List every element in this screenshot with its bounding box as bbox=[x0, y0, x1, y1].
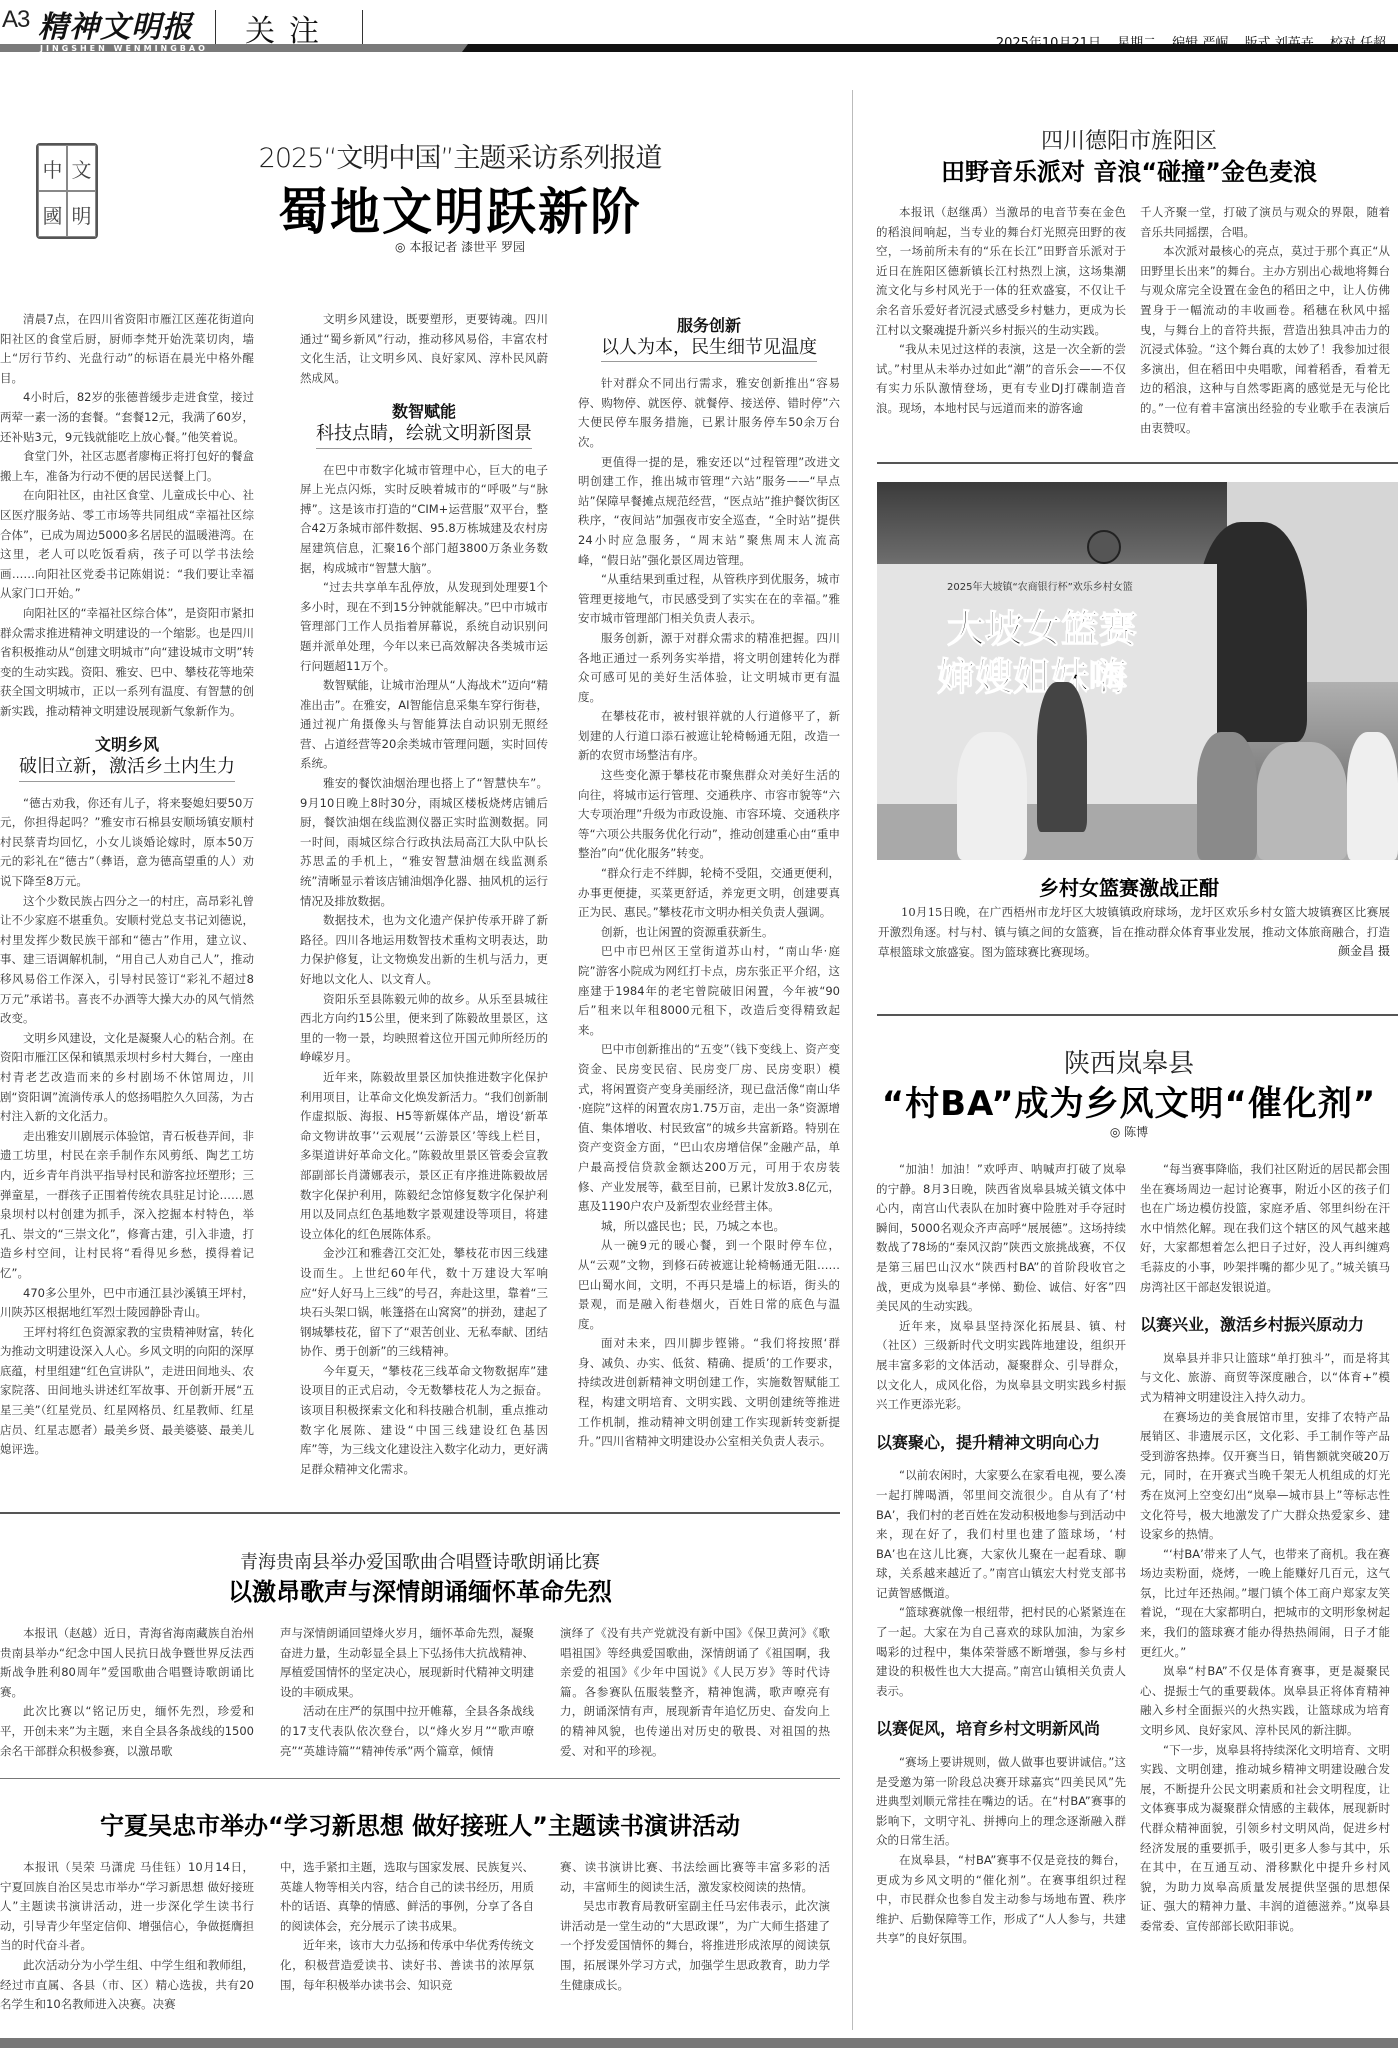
paragraph: 雅安的餐饮油烟治理也搭上了“智慧快车”。9月10日晚上8时30分，雨城区楼板烧烤… bbox=[300, 774, 548, 911]
paragraph: 赛、读书演讲比赛、书法绘画比赛等丰富多彩的活动，丰富师生的阅读生活，激发家校阅读… bbox=[560, 1858, 830, 1897]
qinghai-headline: 以激昂歌声与深情朗诵缅怀革命先烈 bbox=[0, 1572, 840, 1607]
banner-text: 2025年大坡镇“农商银行杯”欢乐乡村女篮 bbox=[947, 578, 1133, 593]
paragraph: 声与深情朗诵回望烽火岁月，缅怀革命先烈，凝聚奋进力量，生动彰显全县上下弘扬伟大抗… bbox=[280, 1624, 534, 1702]
paragraph: 更值得一提的是，雅安还以“过程管理”改进文明创建工作，推出城市管理“六站”服务—… bbox=[578, 453, 840, 571]
langao-headline: “村BA”成为乡风文明“催化剂” bbox=[860, 1076, 1398, 1125]
player-figure bbox=[1197, 732, 1257, 860]
basketball-icon bbox=[1087, 530, 1121, 564]
deyang-headline: 田野音乐派对 音浪“碰撞”金色麦浪 bbox=[860, 152, 1398, 187]
paragraph: 针对群众不同出行需求，雅安创新推出“容易停、购物停、就医停、就餐停、接送停、错时… bbox=[578, 374, 840, 452]
masthead-divider bbox=[362, 10, 363, 44]
seal-char: 中 bbox=[38, 145, 67, 191]
paragraph: “德古劝我，你还有儿子，将来娶媳妇要50万元，你担得起吗？”雅安市石棉县安顺场镇… bbox=[0, 794, 254, 892]
lead-headline: 蜀地文明跃新阶 bbox=[160, 172, 760, 244]
paragraph: “每当赛事降临，我们社区附近的居民都会围坐在赛场周边一起讨论赛事，附近小区的孩子… bbox=[1140, 1160, 1390, 1297]
paragraph: 本报讯（吴荣 马潇虎 马佳钰）10月14日，宁夏回族自治区吴忠市举办“学习新思想… bbox=[0, 1858, 254, 1956]
paragraph: 在巴中市数字化城市管理中心，巨大的电子屏上光点闪烁，实时反映着城市的“呼吸”与“… bbox=[300, 461, 548, 579]
subheading-line: 破旧立新，激活乡土内生力 bbox=[19, 757, 235, 782]
paragraph: 4小时后，82岁的张德普缓步走进食堂，接过两荤一素一汤的套餐。“套餐12元，我满… bbox=[0, 388, 254, 447]
player-figure bbox=[1257, 742, 1347, 860]
paragraph: 岚皋县并非只让篮球“单打独斗”，而是将其与文化、旅游、商贸等深度融合，以“体育+… bbox=[1140, 1349, 1390, 1408]
qinghai-column-2: 声与深情朗诵回望烽火岁月，缅怀革命先烈，凝聚奋进力量，生动彰显全县上下弘扬伟大抗… bbox=[280, 1624, 534, 1764]
ningxia-headline: 宁夏吴忠市举办“学习新思想 做好接班人”主题读书演讲活动 bbox=[0, 1806, 840, 1841]
deyang-kicker: 四川德阳市旌阳区 bbox=[860, 124, 1398, 155]
photo-caption: 10月15日晚，在广西梧州市龙圩区大坡镇镇政府球场，龙圩区欢乐乡村女篮大坡镇赛区… bbox=[878, 902, 1390, 962]
paragraph: 近年来，该市大力弘扬和传承中华优秀传统文化，积极营造爱读书、读好书、善读书的浓厚… bbox=[280, 1936, 534, 1995]
page-number: A3 bbox=[2, 6, 29, 34]
subheading-line: 以人为本，民生细节见温度 bbox=[601, 338, 817, 363]
paragraph: “下一步，岚皋县将持续深化文明培育、文明实践、文明创建，推动城乡精神文明建设融合… bbox=[1140, 1741, 1390, 1937]
langao-byline: ◎ 陈博 bbox=[860, 1123, 1398, 1140]
langao-column-2: “每当赛事降临，我们社区附近的居民都会围坐在赛场周边一起讨论赛事，附近小区的孩子… bbox=[1140, 1160, 1390, 2040]
lead-column-2: 文明乡风建设，既要塑形，更要铸魂。四川通过“蜀乡新风”行动，推动移风易俗，丰富农… bbox=[300, 310, 548, 1480]
paragraph: 在赛场边的美食展馆市里，安排了农特产品展销区、非遗展示区，文化彩、手工制作等产品… bbox=[1140, 1408, 1390, 1545]
qinghai-column-3: 演绎了《没有共产党就没有新中国》《保卫黄河》《歌唱祖国》等经典爱国歌曲，深情朗诵… bbox=[560, 1624, 830, 1764]
column-divider bbox=[852, 90, 853, 2030]
lead-kicker: 2025“文明中国”主题采访系列报道 bbox=[160, 136, 760, 175]
subheading-wenming-xiangfeng: 文明乡风 破旧立新，激活乡土内生力 bbox=[0, 735, 254, 781]
player-figure bbox=[1037, 682, 1087, 832]
paragraph: 走出雅安川剧展示体验馆，青石板巷弄间，非遗工坊里，村民在亲手制作东风剪纸、陶艺工… bbox=[0, 1127, 254, 1284]
paragraph: 此次活动分为小学生组、中学生组和教师组，经过市直属、各县（市、区）精心选拔，共有… bbox=[0, 1956, 254, 2015]
ningxia-column-2: 中，选手紧扣主题，选取与国家发展、民族复兴、英雄人物等相关内容，结合自己的读书经… bbox=[280, 1858, 534, 2018]
masthead-rule-black bbox=[468, 44, 1398, 52]
paragraph: 本次派对最核心的亮点，莫过于那个真正“从田野里长出来”的舞台。主办方别出心裁地将… bbox=[1140, 242, 1390, 438]
subheading-fuwu-chuangxin: 服务创新 以人为本，民生细节见温度 bbox=[578, 316, 840, 362]
subheading-line: 科技点睛，绘就文明新图景 bbox=[316, 424, 532, 449]
banner-text: 婶嫂姐妹嗨 bbox=[937, 646, 1127, 701]
paragraph: 创新，也让闲置的资源重获新生。 bbox=[578, 923, 840, 943]
paragraph: 吴忠市教育局教研室副主任马宏伟表示，此次演讲活动是一堂生动的“大思政课”，为广大… bbox=[560, 1897, 830, 1995]
paragraph: “从重结果到重过程，从管秩序到优服务，城市管理更接地气，市民感受到了实实在在的幸… bbox=[578, 570, 840, 629]
paragraph: 城，所以盛民也；民，乃城之本也。 bbox=[578, 1217, 840, 1237]
seal-char: 國 bbox=[38, 191, 67, 237]
paragraph: 在岚皋县，“村BA”赛事不仅是竞技的舞台，更成为乡风文明的“催化剂”。在赛事组织… bbox=[876, 1851, 1126, 1949]
paragraph: 清晨7点，在四川省资阳市雁江区莲花街道向阳社区的食堂后厨，厨师李梵开始洗菜切肉，… bbox=[0, 310, 254, 388]
newspaper-pinyin: JINGSHEN WENMINGBAO bbox=[40, 44, 208, 53]
paragraph: 面对未来，四川脚步铿锵。“我们将按照‘群身、减负、办实、低贫、精确、提质’的工作… bbox=[578, 1334, 840, 1452]
paragraph: 数据技术，也为文化遗产保护传承开辟了新路径。四川各地运用数智技术重构文明表达，助… bbox=[300, 911, 548, 989]
paragraph: 王坪村将红色资源家教的宝贵精神财富，转化为推动文明建设深入人心。乡风文明的向阳的… bbox=[0, 1323, 254, 1460]
player-figure bbox=[957, 732, 1027, 860]
photo-title: 乡村女篮赛激战正酣 bbox=[860, 872, 1398, 901]
paragraph: 470多公里外，巴中市通江县沙溪镇王坪村，川陕苏区根据地红军烈士陵园静卧青山。 bbox=[0, 1284, 254, 1323]
paragraph: 文明乡风建设，文化是凝聚人心的粘合剂。在资阳市雁江区保和镇黑汞坝村乡村大舞台，一… bbox=[0, 1029, 254, 1127]
paragraph: 活动在庄严的氛围中拉开帷幕，全县各条战线的17支代表队依次登台，以“烽火岁月”“… bbox=[280, 1702, 534, 1761]
section-rule bbox=[877, 462, 1398, 464]
paragraph: 从一碗9元的暖心餐，到一个限时停车位，从“云观”文物，到修石砖被遮让轮椅畅通无阻… bbox=[578, 1236, 840, 1334]
inline-subheading: 以赛促风，培育乡村文明新风尚 bbox=[876, 1719, 1126, 1739]
paragraph: 向阳社区的“幸福社区综合体”，是资阳市紧扣群众需求推进精神文明建设的一个缩影。也… bbox=[0, 604, 254, 722]
paragraph: 在向阳社区，由社区食堂、儿童成长中心、社区医疗服务站、零工市场等共同组成“幸福社… bbox=[0, 486, 254, 604]
paragraph: 今年夏天，“攀枝花三线革命文物数据库”建设项目的正式启动，令无数攀枝花人为之振奋… bbox=[300, 1362, 548, 1480]
paragraph: “我从未见过这样的表演，这是一次全新的尝试。”村里从未举办过如此“潮”的音乐会—… bbox=[876, 340, 1126, 418]
langao-column-1: “加油！加油！”欢呼声、呐喊声打破了岚皋的宁静。8月3日晚，陕西省岚皋县城关镇文… bbox=[876, 1160, 1126, 2040]
section-rule bbox=[0, 1512, 840, 1514]
subheading-title: 文明乡风 bbox=[0, 735, 254, 755]
paragraph: 中，选手紧扣主题，选取与国家发展、民族复兴、英雄人物等相关内容，结合自己的读书经… bbox=[280, 1858, 534, 1936]
deyang-column-2: 千人齐聚一堂，打破了演员与观众的界限，随着音乐共同摇摆，合唱。 本次派对最核心的… bbox=[1140, 203, 1390, 463]
player-figure bbox=[1347, 732, 1398, 860]
inline-subheading: 以赛兴业，激活乡村振兴原动力 bbox=[1140, 1315, 1390, 1335]
qinghai-kicker: 青海贵南县举办爱国歌曲合唱暨诗歌朗诵比赛 bbox=[0, 1548, 840, 1574]
paragraph: “加油！加油！”欢呼声、呐喊声打破了岚皋的宁静。8月3日晚，陕西省岚皋县城关镇文… bbox=[876, 1160, 1126, 1317]
paragraph: 近年来，陈毅故里景区加快推进数字化保护利用项目，让革命文化焕发新活力。“我们创新… bbox=[300, 1068, 548, 1244]
paragraph: 岚皋“村BA”不仅是体育赛事，更是凝聚民心、提振士气的重要载体。岚皋县正将体育精… bbox=[1140, 1662, 1390, 1740]
paragraph: 文明乡风建设，既要塑形，更要铸魂。四川通过“蜀乡新风”行动，推动移风易俗，丰富农… bbox=[300, 310, 548, 388]
inline-subheading: 以赛聚心，提升精神文明向心力 bbox=[876, 1433, 1126, 1453]
section-rule bbox=[877, 1014, 1398, 1016]
subheading-shuzhi-funeng: 数智赋能 科技点睛，绘就文明新图景 bbox=[300, 402, 548, 448]
paragraph: 数智赋能，让城市治理从“人海战术”迈向“精准出击”。在雅安，AI智能信息采集车穿… bbox=[300, 676, 548, 774]
paragraph: 巴中市巴州区王堂街道苏山村，“南山华·庭院”游客小院成为网红打卡点，房东张正平介… bbox=[578, 942, 840, 1040]
paragraph: “以前农闲时，大家要么在家看电视，要么凑一起打牌喝酒，邻里间交流很少。自从有了‘… bbox=[876, 1466, 1126, 1603]
paragraph: 本报讯（赵继禹）当激昂的电音节奏在金色的稻浪间响起，当专业的舞台灯光照亮田野的夜… bbox=[876, 203, 1126, 340]
masthead-divider bbox=[215, 10, 216, 44]
paragraph: 食堂门外，社区志愿者廖梅正将打包好的餐盒搬上车，准备为行动不便的居民送餐上门。 bbox=[0, 447, 254, 486]
paragraph: 这个少数民族占四分之一的村庄，高昂彩礼曾让不少家庭不堪重负。安顺村党总支书记刘德… bbox=[0, 892, 254, 1029]
masthead: A3 精神文明报 关注 2025年10月21日 星期二 编辑 严崛 版式 刘英卉… bbox=[0, 0, 1398, 58]
paragraph: 演绎了《没有共产党就没有新中国》《保卫黄河》《歌唱祖国》等经典爱国歌曲，深情朗诵… bbox=[560, 1624, 830, 1761]
qinghai-column-1: 本报讯（赵越）近日，青海省海南藏族自治州贵南县举办“纪念中国人民抗日战争暨世界反… bbox=[0, 1624, 254, 1764]
lead-column-3: 服务创新 以人为本，民生细节见温度 针对群众不同出行需求，雅安创新推出“容易停、… bbox=[578, 310, 840, 1480]
paragraph: “‘村BA’带来了人气，也带来了商机。我在赛场边卖粉面，烧烤，一晚上能赚好几百元… bbox=[1140, 1545, 1390, 1663]
section-rule bbox=[0, 1778, 840, 1779]
footer-rule bbox=[0, 2038, 1398, 2048]
ningxia-column-3: 赛、读书演讲比赛、书法绘画比赛等丰富多彩的活动，丰富师生的阅读生活，激发家校阅读… bbox=[560, 1858, 830, 2018]
paragraph: 巴中市创新推出的“五变”（钱下变线上、资产变资金、民房变民宿、民房变厂房、民房变… bbox=[578, 1040, 840, 1216]
paragraph: 资阳乐至县陈毅元帅的故乡。从乐至县城往西北方向约15公里，便来到了陈毅故里景区，… bbox=[300, 990, 548, 1068]
subheading-title: 服务创新 bbox=[578, 316, 840, 336]
paragraph: 近年来，岚皋县坚持深化拓展县、镇、村（社区）三级新时代文明实践阵地建设，组织开展… bbox=[876, 1317, 1126, 1415]
subheading-title: 数智赋能 bbox=[300, 402, 548, 422]
paragraph: “赛场上要讲规则，做人做事也要讲诚信。”这是受邀为第一阶段总决赛开球嘉宾“四美民… bbox=[876, 1753, 1126, 1851]
paragraph: “篮球赛就像一根纽带，把村民的心紧紧连在了一起。大家在为自己喜欢的球队加油，为家… bbox=[876, 1603, 1126, 1701]
paragraph: 金沙江和雅砻江交汇处，攀枝花市因三线建设而生。上世纪60年代，数十万建设大军响应… bbox=[300, 1244, 548, 1362]
seal-char: 文 bbox=[67, 145, 96, 191]
paragraph: “群众行走不绊脚，轮椅不受阻，交通更便利，办事更便捷，买菜更舒适，养宠更文明，创… bbox=[578, 864, 840, 923]
wenming-zhongguo-seal-icon: 中 文 國 明 bbox=[36, 143, 98, 239]
paragraph: “过去共享单车乱停放，从发现到处理要1个多小时，现在不到15分钟就能解决。”巴中… bbox=[300, 578, 548, 676]
newspaper-logo: 精神文明报 bbox=[38, 2, 193, 46]
basketball-photo: 2025年大坡镇“农商银行杯”欢乐乡村女篮 大坡女篮赛 婶嫂姐妹嗨 bbox=[877, 482, 1398, 860]
paragraph: 这些变化源于攀枝花市聚焦群众对美好生活的向往，将城市运行管理、交通秩序、市容市貌… bbox=[578, 766, 840, 864]
seal-char: 明 bbox=[67, 191, 96, 237]
paragraph: 本报讯（赵越）近日，青海省海南藏族自治州贵南县举办“纪念中国人民抗日战争暨世界反… bbox=[0, 1624, 254, 1702]
paragraph: 千人齐聚一堂，打破了演员与观众的界限，随着音乐共同摇摆，合唱。 bbox=[1140, 203, 1390, 242]
photo-credit: 颜金昌 摄 bbox=[1338, 942, 1390, 959]
lead-byline: ◎ 本报记者 漆世平 罗园 bbox=[160, 238, 760, 255]
langao-kicker: 陕西岚皋县 bbox=[860, 1043, 1398, 1080]
banner-text: 大坡女篮赛 bbox=[947, 598, 1137, 653]
paragraph: 在攀枝花市，被村银祥就的人行道修平了，新划建的人行道口添石被遮让轮椅畅通无阻，改… bbox=[578, 707, 840, 766]
ningxia-column-1: 本报讯（吴荣 马潇虎 马佳钰）10月14日，宁夏回族自治区吴忠市举办“学习新思想… bbox=[0, 1858, 254, 2018]
lead-column-1: 清晨7点，在四川省资阳市雁江区莲花街道向阳社区的食堂后厨，厨师李梵开始洗菜切肉，… bbox=[0, 310, 254, 1480]
paragraph: 此次比赛以“铭记历史，缅怀先烈，珍爱和平，开创未来”为主题，来自全县各条战线的1… bbox=[0, 1702, 254, 1761]
paragraph: 服务创新，源于对群众需求的精准把握。四川各地正通过一系列务实举措，将文明创建转化… bbox=[578, 629, 840, 707]
deyang-column-1: 本报讯（赵继禹）当激昂的电音节奏在金色的稻浪间响起，当专业的舞台灯光照亮田野的夜… bbox=[876, 203, 1126, 463]
